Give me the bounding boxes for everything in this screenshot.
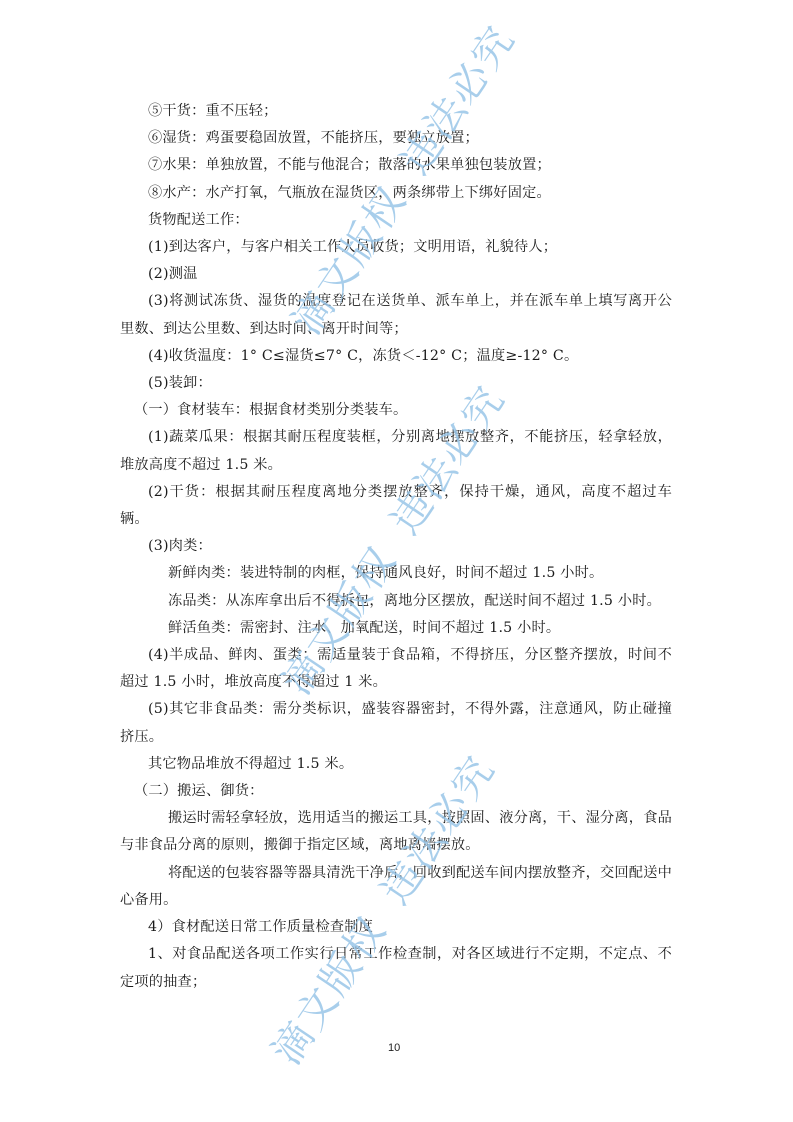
paragraph-live-fish: 鲜活鱼类：需密封、注水、加氧配送，时间不超过 1.5 小时。 [120,615,672,642]
page-number: 10 [388,1042,400,1054]
paragraph-aquatic-rule: ⑧水产：水产打氧，气瓶放在湿货区，两条绑带上下绑好固定。 [120,180,672,207]
document-body: ⑤干货：重不压轻； ⑥湿货：鸡蛋要稳固放置，不能挤压，要独立放置； ⑦水果：单独… [120,98,672,996]
document-page: ⑤干货：重不压轻； ⑥湿货：鸡蛋要稳固放置，不能挤压，要独立放置； ⑦水果：单独… [0,0,793,1122]
paragraph-container-cleaning: 将配送的包装容器等器具清洗干净后，回收到配送车间内摆放整齐，交回配送中心备用。 [120,860,672,914]
heading-quality-inspection: 4）食材配送日常工作质量检查制度 [120,914,672,941]
paragraph-vegetables: (1)蔬菜瓜果：根据其耐压程度装框，分别离地摆放整齐，不能挤压，轻拿轻放，堆放高… [120,424,672,478]
heading-delivery-work: 货物配送工作： [120,207,672,234]
heading-transport-unload: （二）搬运、御货： [120,778,672,805]
paragraph-meat: (3)肉类： [120,533,672,560]
heading-food-loading: （一）食材装车：根据食材类别分类装车。 [120,397,672,424]
paragraph-frozen: 冻品类：从冻库拿出后不得拆包，离地分区摆放，配送时间不超过 1.5 小时。 [120,588,672,615]
paragraph-dry-goods: (2)干货：根据其耐压程度离地分类摆放整齐，保持干燥，通风，高度不超过车辆。 [120,479,672,533]
paragraph-wet-goods-rule: ⑥湿货：鸡蛋要稳固放置，不能挤压，要独立放置； [120,125,672,152]
paragraph-inspection-rule-1: 1、对食品配送各项工作实行日常工作检查制，对各区域进行不定期，不定点、不定项的抽… [120,941,672,995]
paragraph-non-food: (5)其它非食品类：需分类标识，盛装容器密封，不得外露，注意通风，防止碰撞挤压。 [120,696,672,750]
paragraph-receiving-temp: (4)收货温度：1° C≤湿货≤7° C，冻货＜-12° C；温度≥-12° C… [120,343,672,370]
paragraph-fruit-rule: ⑦水果：单独放置，不能与他混合；散落的水果单独包装放置； [120,152,672,179]
paragraph-transport: 搬运时需轻拿轻放，选用适当的搬运工具，按照固、液分离，干、湿分离，食品与非食品分… [120,805,672,859]
paragraph-dry-goods-rule: ⑤干货：重不压轻； [120,98,672,125]
paragraph-fresh-meat: 新鲜肉类：装进特制的肉框，保持通风良好，时间不超过 1.5 小时。 [120,560,672,587]
paragraph-measure-temp: (2)测温 [120,261,672,288]
paragraph-loading: (5)装卸： [120,370,672,397]
paragraph-semi-finished: (4)半成品、鲜肉、蛋类：需适量装于食品箱，不得挤压，分区整齐摆放，时间不超过 … [120,642,672,696]
paragraph-other-items: 其它物品堆放不得超过 1.5 米。 [120,751,672,778]
paragraph-arrive-customer: (1)到达客户，与客户相关工作人员收货；文明用语，礼貌待人； [120,234,672,261]
paragraph-record-temp: (3)将测试冻货、湿货的温度登记在送货单、派车单上，并在派车单上填写离开公里数、… [120,288,672,342]
